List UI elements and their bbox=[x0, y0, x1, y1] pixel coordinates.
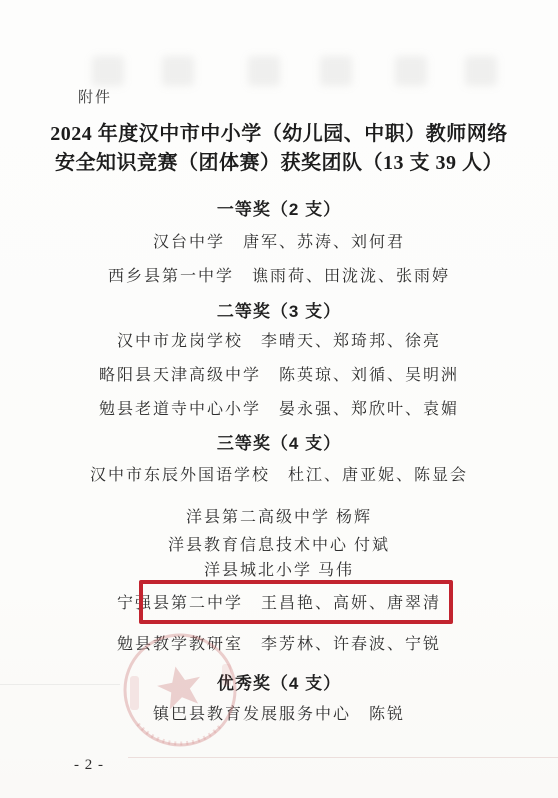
official-seal-stamp bbox=[116, 628, 248, 768]
member-names: 杜江、唐亚妮、陈显会 bbox=[288, 467, 468, 484]
member-names: 王昌艳、高妍、唐翠清 bbox=[261, 595, 441, 612]
section-heading-third-prize: 三等奖（4 支） bbox=[0, 429, 558, 454]
bleed-through-artifact bbox=[92, 56, 124, 86]
member-names: 陈锐 bbox=[369, 706, 405, 723]
section-heading-excellence-award: 优秀奖（4 支） bbox=[0, 669, 558, 694]
section-heading-second-prize: 二等奖（3 支） bbox=[0, 297, 558, 322]
award-row: 西乡县第一中学谯雨荷、田泷泷、张雨婷 bbox=[0, 263, 558, 286]
member-names: 陈英琼、刘循、吴明洲 bbox=[279, 367, 459, 384]
member-names: 谯雨荷、田泷泷、张雨婷 bbox=[252, 268, 450, 285]
award-row: 镇巴县教育发展服务中心陈锐 bbox=[0, 701, 558, 724]
award-row: 勉县教学教研室李芳林、许春波、宁锐 bbox=[0, 631, 558, 654]
school-name: 洋县教育信息技术中心 bbox=[168, 537, 348, 554]
member-names: 付斌 bbox=[354, 537, 390, 554]
school-name: 汉中市龙岗学校 bbox=[117, 333, 243, 350]
award-row: 洋县城北小学马伟 bbox=[0, 557, 558, 580]
bleed-through-artifact bbox=[395, 56, 427, 86]
school-name: 略阳县天津高级中学 bbox=[99, 367, 261, 384]
award-row: 略阳县天津高级中学陈英琼、刘循、吴明洲 bbox=[0, 362, 558, 385]
award-row: 勉县老道寺中心小学晏永强、郑欣叶、袁媚 bbox=[0, 396, 558, 419]
member-names: 晏永强、郑欣叶、袁媚 bbox=[279, 401, 459, 418]
school-name: 汉中市东辰外国语学校 bbox=[90, 467, 270, 484]
document-title-line1: 2024 年度汉中市中小学（幼儿园、中职）教师网络 bbox=[0, 117, 558, 146]
member-names: 马伟 bbox=[318, 562, 354, 579]
school-name: 宁强县第二中学 bbox=[117, 595, 243, 612]
school-name: 洋县城北小学 bbox=[204, 562, 312, 579]
school-name: 勉县老道寺中心小学 bbox=[99, 401, 261, 418]
member-names: 杨辉 bbox=[336, 509, 372, 526]
scanned-document-page: 附件 2024 年度汉中市中小学（幼儿园、中职）教师网络 安全知识竞赛（团体赛）… bbox=[0, 0, 558, 798]
scan-artifact-line bbox=[0, 684, 120, 685]
page-number: - 2 - bbox=[74, 757, 104, 774]
member-names: 唐军、苏涛、刘何君 bbox=[243, 234, 405, 251]
section-heading-first-prize: 一等奖（2 支） bbox=[0, 195, 558, 220]
school-name: 西乡县第一中学 bbox=[108, 268, 234, 285]
document-title-line2: 安全知识竞赛（团体赛）获奖团队（13 支 39 人） bbox=[0, 146, 558, 175]
award-row-highlighted: 宁强县第二中学王昌艳、高妍、唐翠清 bbox=[0, 590, 558, 613]
member-names: 李芳林、许春波、宁锐 bbox=[261, 636, 441, 653]
award-row: 汉中市龙岗学校李晴天、郑琦邦、徐亮 bbox=[0, 328, 558, 351]
scan-artifact-line bbox=[128, 757, 558, 758]
bleed-through-artifact bbox=[320, 56, 352, 86]
school-name: 洋县第二高级中学 bbox=[186, 509, 330, 526]
bleed-through-artifact bbox=[162, 56, 194, 86]
attachment-label: 附件 bbox=[78, 86, 112, 107]
bleed-through-artifact bbox=[248, 56, 280, 86]
bleed-through-artifact bbox=[465, 56, 497, 86]
award-row: 汉台中学唐军、苏涛、刘何君 bbox=[0, 229, 558, 252]
school-name: 汉台中学 bbox=[153, 234, 225, 251]
member-names: 李晴天、郑琦邦、徐亮 bbox=[261, 333, 441, 350]
award-row: 洋县教育信息技术中心付斌 bbox=[0, 532, 558, 555]
award-row: 汉中市东辰外国语学校杜江、唐亚妮、陈显会 bbox=[0, 462, 558, 485]
award-row: 洋县第二高级中学杨辉 bbox=[0, 504, 558, 527]
